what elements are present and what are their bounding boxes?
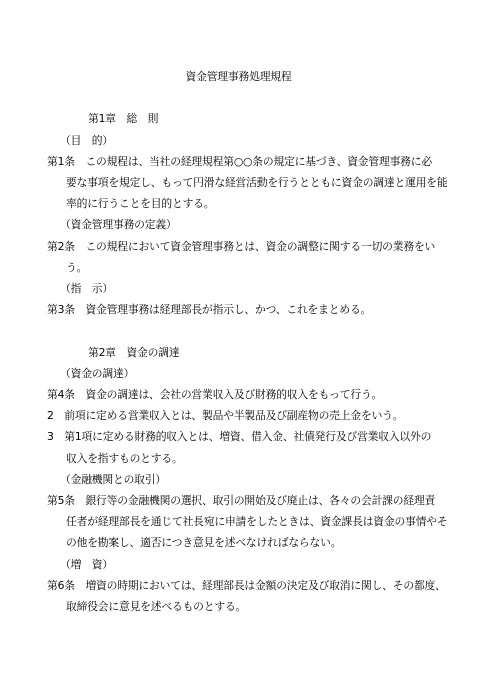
article-continuation-line: 任者が経理部長を通じて社長宛に申請をしたときは、資金課長は資金の事情やそ: [66, 511, 477, 532]
article-item-line: 3 第1項に定める財務的収入とは、増資、借入金、社債発行及び営業収入以外の: [47, 426, 477, 447]
document-page: 資金管理事務処理規程第1章 総 則（目 的）第1条 この規程は、当社の経理規程第…: [0, 0, 477, 675]
section-label: （資金の調達）: [60, 363, 477, 384]
article-line: 第5条 銀行等の金融機関の選択、取引の開始及び廃止は、各々の会計課の経理責: [47, 490, 477, 511]
chapter-heading: 第1章 総 則: [88, 108, 477, 129]
article-continuation-line: 率的に行うことを目的とする。: [66, 193, 477, 214]
article-line: 第6条 増資の時期においては、経理部長は金額の決定及び取消に関し、その都度、: [47, 575, 477, 596]
article-line: 第4条 資金の調達は、会社の営業収入及び財務的収入をもって行う。: [47, 384, 477, 405]
article-continuation-line: 要な事項を規定し、もって円滑な経営活動を行うとともに資金の調達と運用を能: [66, 172, 477, 193]
document-body: 資金管理事務処理規程第1章 総 則（目 的）第1条 この規程は、当社の経理規程第…: [0, 0, 477, 617]
article-continuation-line: う。: [66, 257, 477, 278]
section-label: （資金管理事務の定義）: [60, 214, 477, 235]
chapter-heading: 第2章 資金の調達: [88, 342, 477, 363]
article-continuation-line: 収入を指すものとする。: [66, 448, 477, 469]
article-continuation-line: 取締役会に意見を述べるものとする。: [66, 596, 477, 617]
blank-line: [47, 87, 477, 108]
section-label: （増 資）: [60, 554, 477, 575]
article-line: 第2条 この規程において資金管理事務とは、資金の調整に関する一切の業務をい: [47, 236, 477, 257]
article-line: 第1条 この規程は、当社の経理規程第○○条の規定に基づき、資金管理事務に必: [47, 151, 477, 172]
article-line: 第3条 資金管理事務は経理部長が指示し、かつ、これをまとめる。: [47, 299, 477, 320]
section-label: （指 示）: [60, 278, 477, 299]
document-title: 資金管理事務処理規程: [0, 66, 477, 87]
article-item-line: 2 前項に定める営業収入とは、製品や半製品及び副産物の売上金をいう。: [47, 405, 477, 426]
blank-line: [47, 320, 477, 341]
section-label: （金融機関との取引）: [60, 469, 477, 490]
section-label: （目 的）: [60, 130, 477, 151]
article-continuation-line: の他を勘案し、適否につき意見を述べなければならない。: [66, 532, 477, 553]
